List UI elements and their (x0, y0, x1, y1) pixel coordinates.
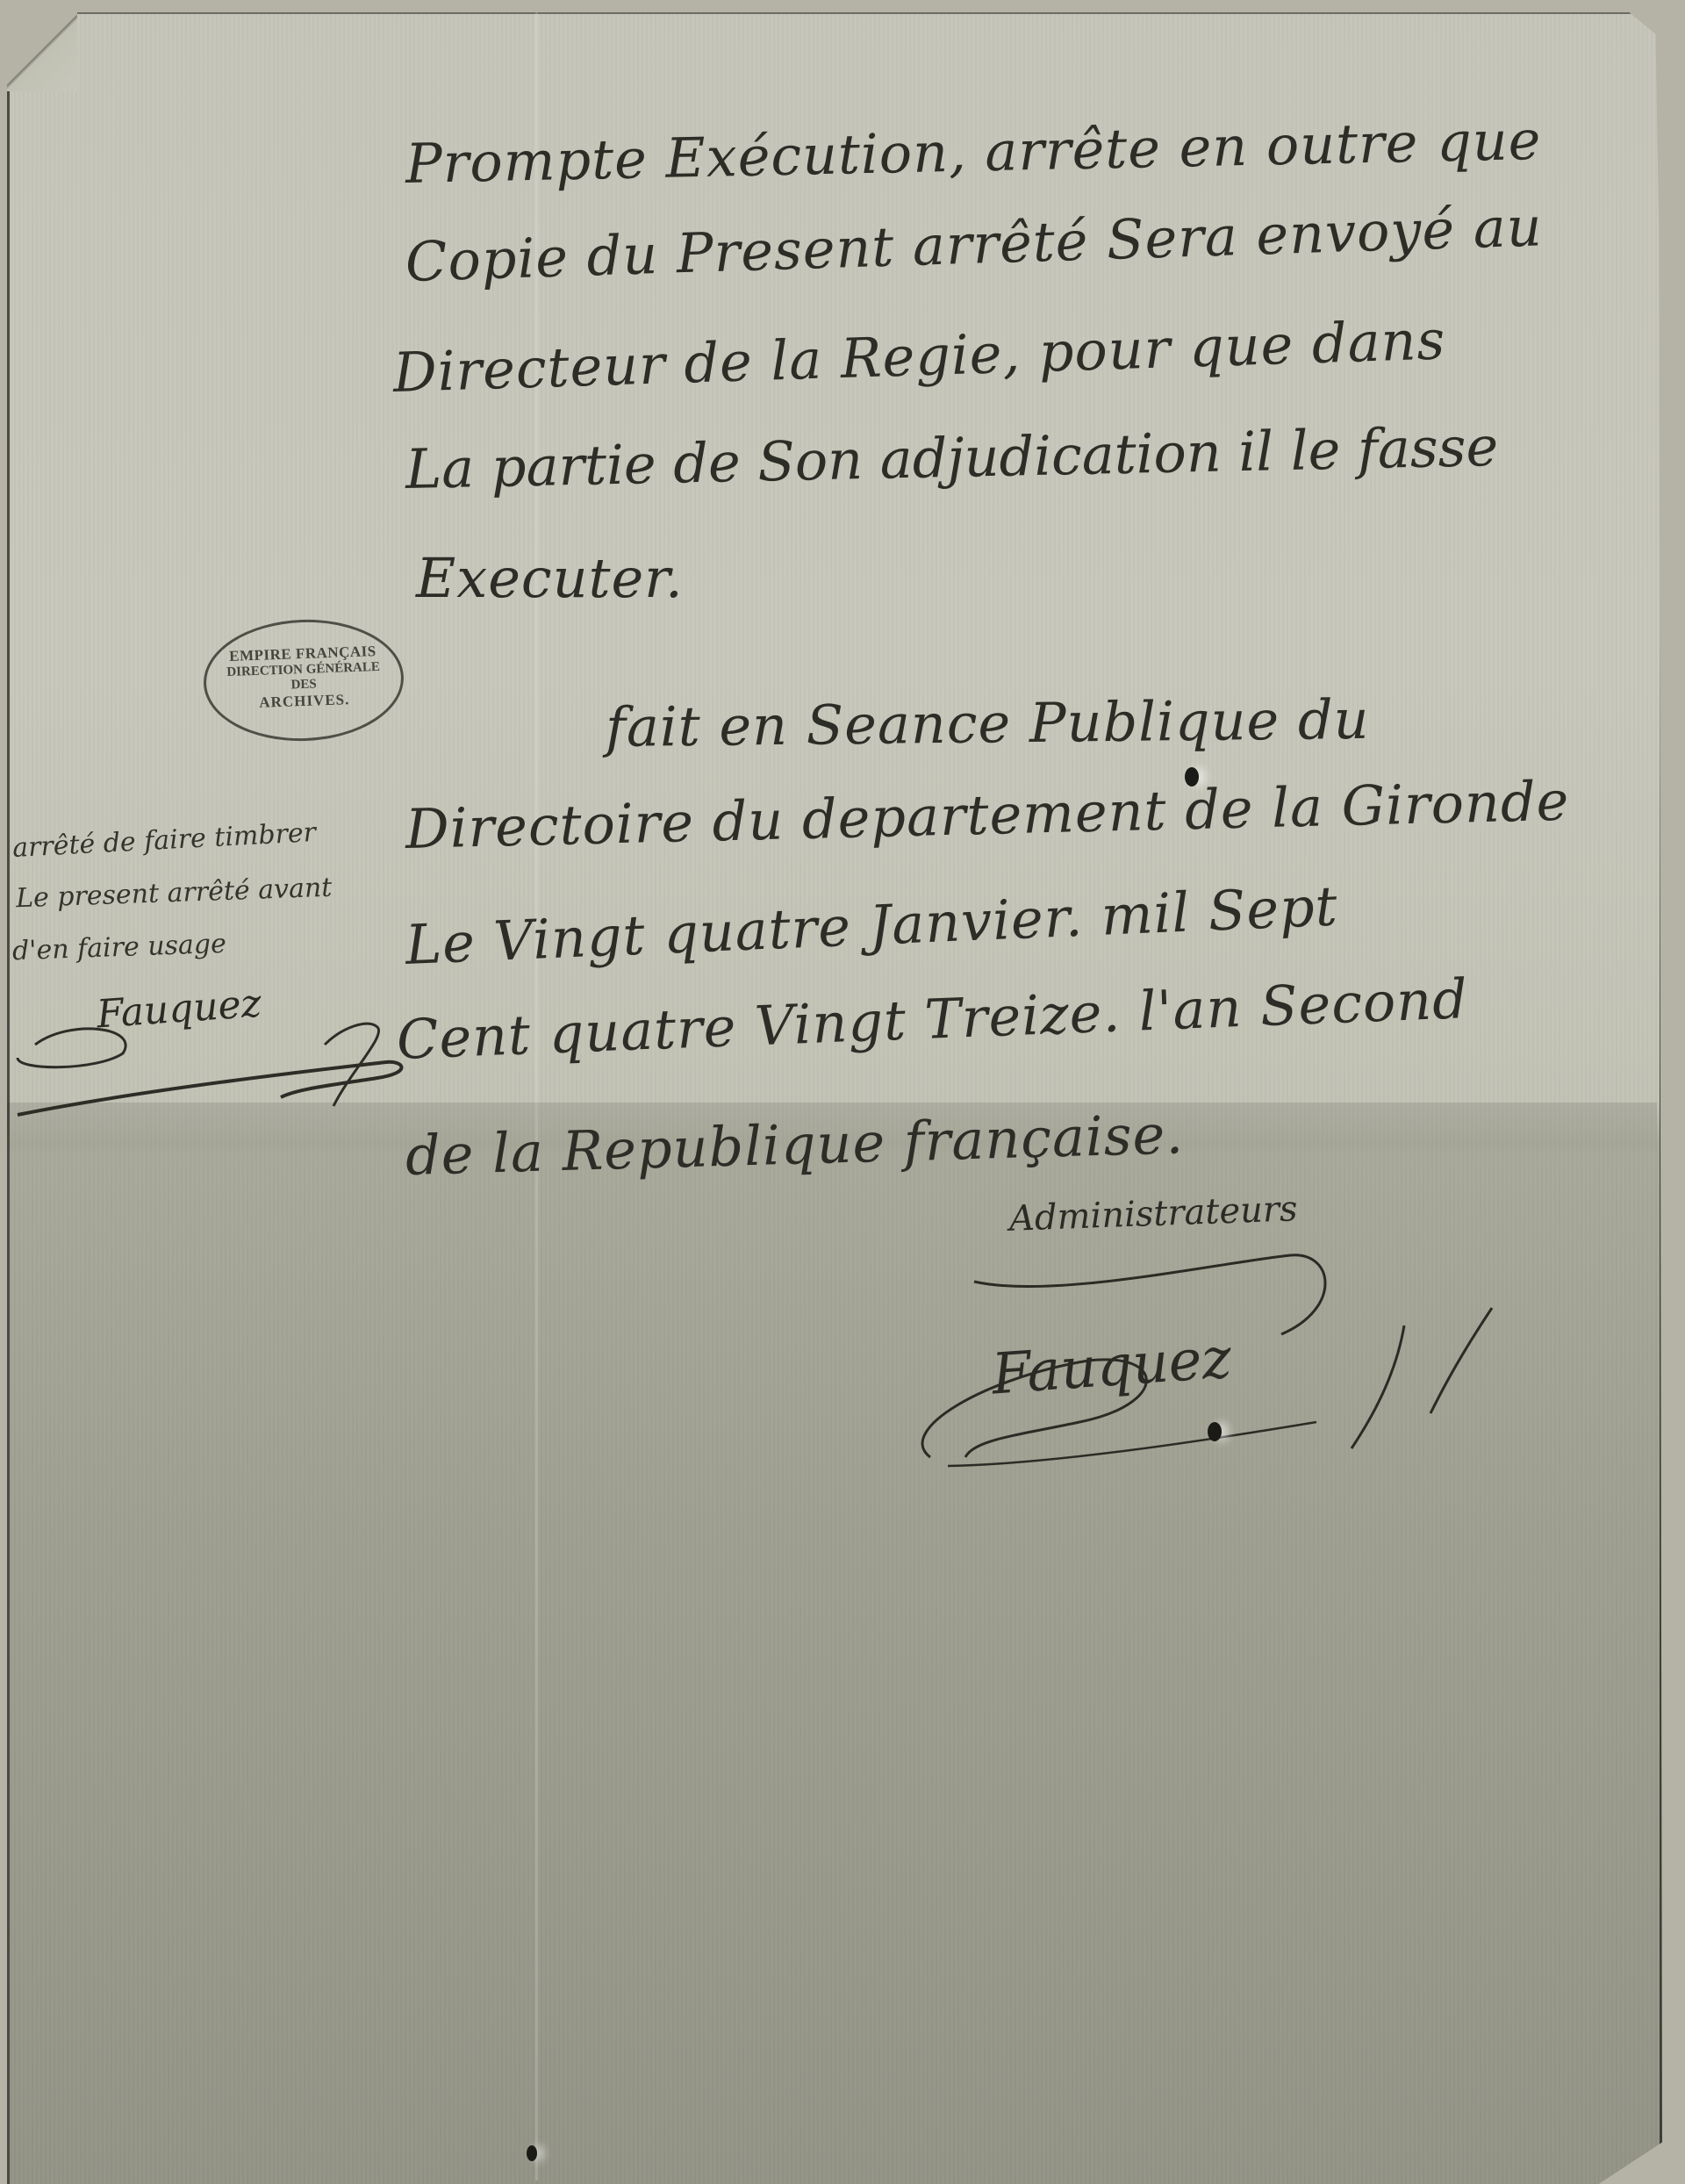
folded-corner (7, 12, 77, 91)
stamp-line-3: DES (290, 677, 317, 693)
body-line: fait en Seance Publique du (606, 687, 1370, 759)
stamp-line-4: ARCHIVES. (259, 691, 350, 712)
body-line: Executer. (416, 546, 684, 610)
paper-hole (1208, 1422, 1222, 1441)
paper-hole (527, 2145, 537, 2161)
paper-hole (1185, 767, 1199, 787)
